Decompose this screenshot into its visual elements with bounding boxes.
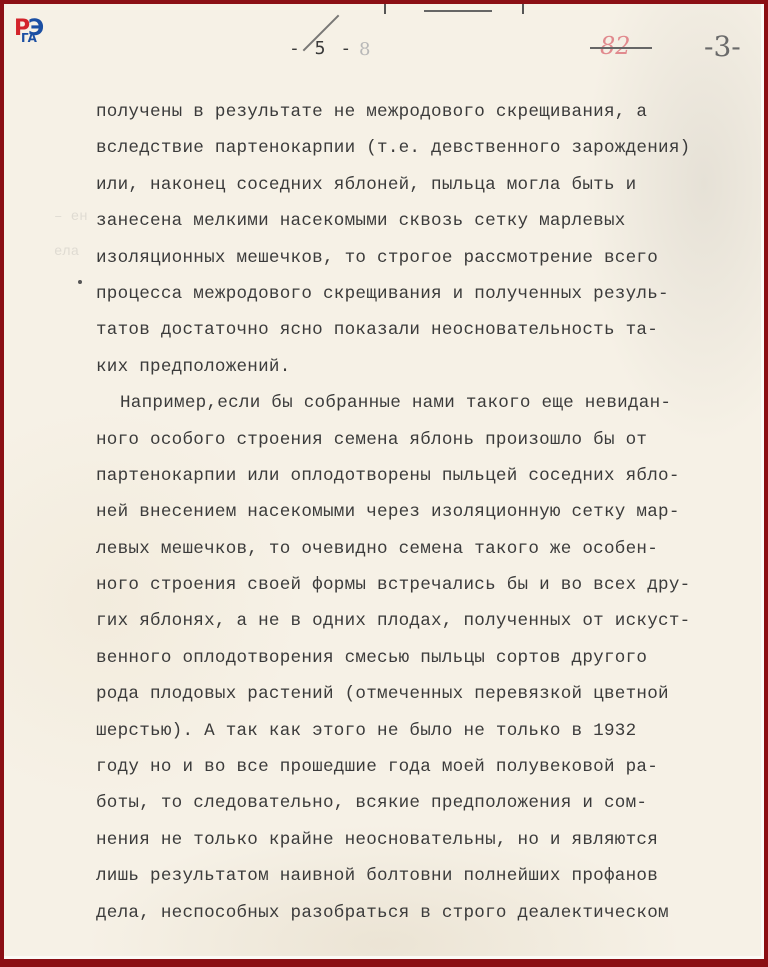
typewritten-text: получены в результате не межродового скр…	[96, 94, 736, 931]
text-line: ного особого строения семена яблонь прои…	[96, 422, 736, 458]
text-line: лишь результатом наивной болтовни полней…	[96, 858, 736, 894]
archive-number-strikethrough	[590, 47, 652, 49]
typed-page-number: - 5 -	[289, 38, 353, 59]
archive-logo: Р Э ГА	[14, 20, 48, 52]
text-line: году но и во все прошедшие года моей пол…	[96, 749, 736, 785]
text-line: партенокарпии или оплодотворены пыльцей …	[96, 458, 736, 494]
scanner-clip-bar	[424, 10, 492, 12]
text-line: шерстью). А так как этого не было не тол…	[96, 713, 736, 749]
text-line: рода плодовых растений (отмеченных перев…	[96, 676, 736, 712]
bleed-through-mark: ела	[54, 244, 79, 260]
text-line: занесена мелкими насекомыми сквозь сетку…	[96, 203, 736, 239]
text-line: получены в результате не межродового скр…	[96, 94, 736, 130]
text-line: венного оплодотворения смесью пыльцы сор…	[96, 640, 736, 676]
text-line: или, наконец соседних яблоней, пыльца мо…	[96, 167, 736, 203]
text-line: дела, неспособных разобраться в строго д…	[96, 895, 736, 931]
document-page: Р Э ГА - 5 - 8 82 -3- – ен ела получены …	[4, 4, 764, 959]
text-line: боты, то следовательно, всякие предполож…	[96, 785, 736, 821]
text-line: ней внесением насекомыми через изоляцион…	[96, 494, 736, 530]
text-line: нения не только крайне неосновательны, н…	[96, 822, 736, 858]
text-line: процесса межродового скрещивания и получ…	[96, 276, 736, 312]
paragraph-start-line: Например,если бы собранные нами такого е…	[96, 385, 736, 421]
sheet-number: -3-	[704, 30, 741, 63]
text-line: ного строения своей формы встречались бы…	[96, 567, 736, 603]
red-archive-number: 82	[600, 32, 631, 60]
text-line: левых мешечков, то очевидно семена таког…	[96, 531, 736, 567]
text-line: вследствие партенокарпии (т.е. девственн…	[96, 130, 736, 166]
text-line: ких предположений.	[96, 349, 736, 385]
text-line: изоляционных мешечков, то строгое рассмо…	[96, 240, 736, 276]
text-line: татов достаточно ясно показали неосноват…	[96, 312, 736, 348]
bleed-through-mark: – ен	[54, 209, 88, 225]
scanner-clip	[384, 4, 524, 14]
pencil-page-number: 8	[359, 39, 370, 60]
text-line: гих яблонях, а не в одних плодах, получе…	[96, 603, 736, 639]
archive-logo-ga: ГА	[21, 32, 36, 44]
margin-dot	[78, 280, 82, 284]
